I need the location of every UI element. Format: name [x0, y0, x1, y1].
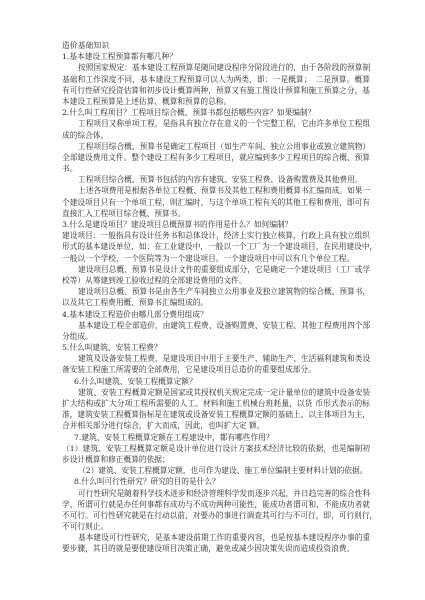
text-line: 分组成。 [62, 331, 370, 342]
paragraph: 基本建设工程全部造价，由建筑工程费、设备购置费、安装工程、其他工程费用四个部 分… [62, 320, 370, 342]
section-5: 5.什么叫建筑、安装工程费？ 建筑及设备安装工程费，是建设项目中用于主要生产、辅… [62, 342, 370, 376]
text-line: 准，建筑安装工程概算指标是在建筑或设备安装工程概算定额的基础上，以主体项目为主， [62, 409, 370, 420]
paragraph: 工程项目综合概、预算书包括的内容有建筑、安装工程费、设备购置费及其他费用。 [62, 174, 370, 185]
text-line: 工程项目综合概、预算书包括的内容有建筑、安装工程费、设备购置费及其他费用。 [62, 174, 370, 185]
section-6: 6.什么叫建筑、安装工程概算定额？ 建筑、安装工程概算定额是国家或其授权机关规定… [62, 376, 370, 432]
text-line: 成的综合体。 [62, 130, 370, 141]
question-heading: 2.什么叫工程项目？工程项目综合概、预算书都包括哪些内容？如果编制？ [62, 107, 370, 118]
section-4: 4.基本建设工程造价由哪几部分费用组成？ 基本建设工程全部造价，由建筑工程费、设… [62, 309, 370, 343]
text-line: 备安装工程施工所需要的全部费用，它是建设项目总造价的重要组成部分。 [62, 364, 370, 375]
section-7: 7.建筑、安装工程概算定额在工程建设中，都有哪些作用？ （1）建筑、安装工程概算… [62, 432, 370, 477]
text-line: 工程项目又称单项工程，是指具有独立存在意义的一个完整工程，它由许多单位工程组 [62, 118, 370, 129]
paragraph: 建筑、安装工程概算定额是国家或其授权机关规定完成一定计量单位的建筑中设备安装 扩… [62, 387, 370, 432]
text-line: 本建设工程预算是上述估算、概算和预算的总称。 [62, 96, 370, 107]
text-line: 建设项目总概、预算书是由各生产车间独立公用事业及独立建筑物的综合概、预算书， [62, 286, 370, 297]
paragraph: 按照国家规定：基本建设工程预算是随同建设程序分阶段进行的，由于各阶段的预算制 基… [62, 62, 370, 107]
text-line: 步设计概算和修正概算的依据； [62, 454, 370, 465]
text-line: 不可行则止。 [62, 521, 370, 532]
text-line: 基本建设可行性研究，是基本建设前期工作的重要内容，也是按基本建设程序办事的重 [62, 532, 370, 543]
paragraph: 基本建设可行性研究，是基本建设前期工作的重要内容，也是按基本建设程序办事的重 要… [62, 532, 370, 554]
text-line: 一般以一个学校、一个医院等为一个建设项目。一个建设项目中可以有几个单位工程。 [62, 253, 370, 264]
text-line: （2）建筑、安装工程概算定额，也可作为建设、施工单位编制主要材料计划的依据。 [62, 465, 370, 476]
text-line: 可行性研究是随着科学技术进步和经济管理科学发而逐步兴起，并日趋完善的综合性科 [62, 488, 370, 499]
text-line: 要步骤，其目的就是要使建设项目决策正确，避免或减少因决策失误而造成投资浪费。 [62, 543, 370, 554]
paragraph: 上述各项费用是根据各单位工程概、预算书及其他工程和费用概算书汇编而成。如果一 个… [62, 185, 370, 219]
text-line: 校等）从筹建到竣工验收过程的全部建设费用的文件。 [62, 275, 370, 286]
text-line: 建设项目：一般指具有设计任务书和总体设计，经济上实行独立核算，行政上具有独立组织 [62, 230, 370, 241]
paragraph: 建设项目：一般指具有设计任务书和总体设计，经济上实行独立核算，行政上具有独立组织… [62, 230, 370, 264]
section-8: 8.什么叫可行性研究？研究的目的是什么？ 可行性研究是随着科学技术进步和经济管理… [62, 476, 370, 554]
text-line: 个建设项目只有一个单项工程，则汇编时，与这个单项工程有关的其他工程和费用，即可有 [62, 197, 370, 208]
paragraph: （1）建筑、安装工程概算定额是设计单位进行设计方案技术经济比较的依据，也是编制初… [62, 443, 370, 465]
text-line: 合并相关部分进行综合，扩大而成，因此，也叫扩大定 额。 [62, 420, 370, 431]
text-line: 建筑、安装工程概算定额是国家或其授权机关规定完成一定计量单位的建筑中设备安装 [62, 387, 370, 398]
text-line: 按照国家规定：基本建设工程预算是随同建设程序分阶段进行的，由于各阶段的预算制 [62, 62, 370, 73]
paragraph: 建筑及设备安装工程费，是建设项目中用于主要生产、辅助生产、生活福利建筑和类设 备… [62, 353, 370, 375]
text-line: 不可行。可行性研究就是在行动以前，对要办的事进行调查其可行与不可行，即，可行则行… [62, 510, 370, 521]
text-line: 扩大结构或扩大分项工程所需要的人工、材料和施工机械台班耗量，以货 币形式表示的标 [62, 398, 370, 409]
paragraph: 建设项目总概、预算书是由各生产车间独立公用事业及独立建筑物的综合概、预算书， 以… [62, 286, 370, 308]
paragraph: （2）建筑、安装工程概算定额，也可作为建设、施工单位编制主要材料计划的依据。 [62, 465, 370, 476]
text-line: 有可行性研究投资估算和初步设计概算两种，预算又有施工图设计预算和施工预算之分，基 [62, 85, 370, 96]
text-line: 形式的基本建设单位，如：在工业建设中，一般以一个工厂为一个建设项目，在民用建设中… [62, 241, 370, 252]
text-line: 基本建设工程全部造价，由建筑工程费、设备购置费、安装工程、其他工程费用四个部 [62, 320, 370, 331]
paragraph: 建设项目总概、预算书是设计文件的重要组成部分，它是确定一个建设项目（工厂或学 校… [62, 264, 370, 286]
text-line: （1）建筑、安装工程概算定额是设计单位进行设计方案技术经济比较的依据，也是编制初 [62, 443, 370, 454]
text-line: 书。 [62, 163, 370, 174]
question-heading: 7.建筑、安装工程概算定额在工程建设中，都有哪些作用？ [62, 432, 370, 443]
text-line: 工程项目综合概、预算书是确定工程项目（如生产车间、独立公用事业或独立建筑物） [62, 141, 370, 152]
text-line: 上述各项费用是根据各单位工程概、预算书及其他工程和费用概算书汇编而成。如果一 [62, 185, 370, 196]
text-line: 全部建设费用文件。整个建设工程有多少工程项目，就应编到多少工程项目的综合概、预算 [62, 152, 370, 163]
section-3: 3.什么是建设项目？建设项目总概预算书的作用是什么？如何编制？ 建设项目：一般指… [62, 219, 370, 309]
text-line: 学，所谓可行就是办任何事都有成功与不成功两种可能性，能成功者谓可和，不能成功者就 [62, 499, 370, 510]
paragraph: 工程项目又称单项工程，是指具有独立存在意义的一个完整工程，它由许多单位工程组 成… [62, 118, 370, 140]
question-heading: 3.什么是建设项目？建设项目总概预算书的作用是什么？如何编制？ [62, 219, 370, 230]
question-heading: 4.基本建设工程造价由哪几部分费用组成？ [62, 309, 370, 320]
paragraph: 可行性研究是随着科学技术进步和经济管理科学发而逐步兴起，并日趋完善的综合性科 学… [62, 488, 370, 533]
question-heading: 8.什么叫可行性研究？研究的目的是什么？ [62, 476, 370, 487]
text-line: 建筑及设备安装工程费，是建设项目中用于主要生产、辅助生产、生活福利建筑和类设 [62, 353, 370, 364]
question-heading: 1.基本建设工程预算都有哪几种？ [62, 51, 370, 62]
section-1: 1.基本建设工程预算都有哪几种？ 按照国家规定：基本建设工程预算是随同建设程序分… [62, 51, 370, 107]
document-body: 造价基础知识 1.基本建设工程预算都有哪几种？ 按照国家规定：基本建设工程预算是… [62, 40, 370, 555]
text-line: 直接汇入工程项目综合概、预算书。 [62, 208, 370, 219]
text-line: 基础和工作深度不同，基本建设工程预算可以人为两类，即：一是概算； 二是预算。概算 [62, 74, 370, 85]
question-heading: 6.什么叫建筑、安装工程概算定额？ [62, 376, 370, 387]
question-heading: 5.什么叫建筑、安装工程费？ [62, 342, 370, 353]
text-line: 以及其它工程费用概、预算书汇编组成的。 [62, 297, 370, 308]
section-2: 2.什么叫工程项目？工程项目综合概、预算书都包括哪些内容？如果编制？ 工程项目又… [62, 107, 370, 219]
text-line: 建设项目总概、预算书是设计文件的重要组成部分，它是确定一个建设项目（工厂或学 [62, 264, 370, 275]
paragraph: 工程项目综合概、预算书是确定工程项目（如生产车间、独立公用事业或独立建筑物） 全… [62, 141, 370, 175]
document-page: 造价基础知识 1.基本建设工程预算都有哪几种？ 按照国家规定：基本建设工程预算是… [0, 0, 425, 600]
document-title: 造价基础知识 [62, 40, 370, 51]
